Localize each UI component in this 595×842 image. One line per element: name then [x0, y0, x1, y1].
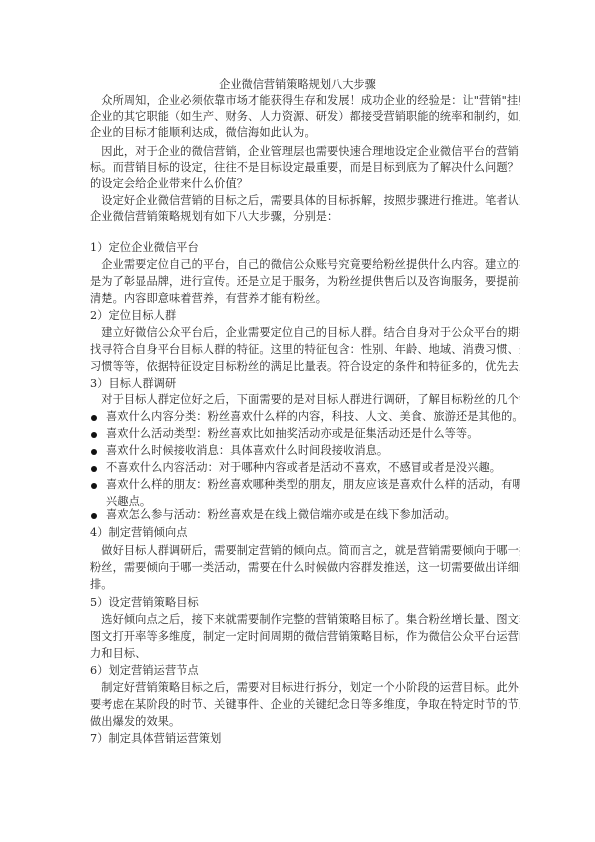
section-1-line: 企业需要定位自己的平台，自己的微信公众账号究竟要给粉丝提供什么内容。建立的初衷: [90, 258, 520, 272]
section-4-line: 粉丝，需要倾向于哪一类活动，需要在什么时候做内容群发推送，这一切需要做出详细的安: [90, 561, 520, 575]
bullet-item-cont: 兴趣点。: [106, 495, 520, 509]
section-3-line: 对于目标人群定位好之后，下面需要的是对目标人群进行调研，了解目标粉丝的几个需求：: [90, 393, 520, 407]
intro-line: 标。而营销目标的设定，往往不是目标设定最重要，而是目标到底为了解决什么问题？目标: [90, 161, 520, 175]
intro-line: 因此，对于企业的微信营销，企业管理层也需要快速合理地设定企业微信平台的营销目: [90, 145, 520, 159]
section-2-line: 习惯等等，依据特征设定目标粉丝的满足比量表。符合设定的条件和特征多的，优先去发展…: [90, 360, 520, 374]
section-1-line: 清楚。内容即意味着营养，有营养才能有粉丝。: [90, 292, 520, 306]
section-4-line: 排。: [90, 578, 520, 592]
section-4-line: 做好目标人群调研后，需要制定营销的倾向点。简而言之，就是营销需要倾向于哪一类: [90, 544, 520, 558]
section-6-line: 做出爆发的效果。: [90, 715, 520, 729]
section-heading-1: 1）定位企业微信平台: [90, 241, 520, 255]
section-6-line: 要考虑在某阶段的时节、关键事件、企业的关键纪念日等多维度，争取在特定时节的节点上…: [90, 698, 520, 712]
document-page: 企业微信营销策略规划八大步骤 众所周知，企业必须依靠市场才能获得生存和发展！成功…: [0, 0, 595, 842]
intro-line: 企业的目标才能顺利达成，微信海如此认为。: [90, 126, 520, 140]
section-heading-3: 3）目标人群调研: [90, 377, 520, 391]
section-5-line: 力和目标、: [90, 647, 520, 661]
intro-line: 的设定会给企业带来什么价值？: [90, 177, 520, 191]
bullet-item: 喜欢什么活动类型：粉丝喜欢比如抽奖活动亦或是征集活动还是什么等等。: [106, 427, 520, 441]
section-heading-5: 5）设定营销策略目标: [90, 596, 520, 610]
bullet-item: 喜欢什么时候接收消息：具体喜欢什么时间段接收消息。: [106, 444, 520, 458]
document-title: 企业微信营销策略规划八大步骤: [0, 78, 595, 92]
section-5-line: 选好倾向点之后，接下来就需要制作完整的营销策略目标了。集合粉丝增长量、图文转发、: [90, 613, 520, 627]
intro-line: 众所周知，企业必须依靠市场才能获得生存和发展！成功企业的经验是：让"营销"挂帅，: [90, 94, 520, 108]
section-2-line: 建立好微信公众平台后，企业需要定位自己的目标人群。结合自身对于公众平台的期待，: [90, 326, 520, 340]
bullet-icon: [91, 466, 97, 472]
section-heading-7: 7）制定具体营销运营策划: [90, 732, 520, 746]
section-heading-2: 2）定位目标人群: [90, 309, 520, 323]
section-heading-6: 6）划定营销运营节点: [90, 664, 520, 678]
bullet-icon: [91, 415, 97, 421]
bullet-icon: [91, 483, 97, 489]
bullet-item: 喜欢怎么参与活动：粉丝喜欢是在线上微信端亦或是在线下参加活动。: [106, 508, 520, 522]
section-6-line: 制定好营销策略目标之后，需要对目标进行拆分，划定一个小阶段的运营目标。此外，需: [90, 681, 520, 695]
bullet-icon: [91, 449, 97, 455]
intro-line: 企业微信营销策略规划有如下八大步骤，分别是：: [90, 210, 520, 224]
bullet-item: 不喜欢什么内容活动：对于哪种内容或者是活动不喜欢，不感冒或者是没兴趣。: [106, 461, 520, 475]
bullet-icon: [91, 432, 97, 438]
bullet-item: 喜欢什么内容分类：粉丝喜欢什么样的内容，科技、人文、美食、旅游还是其他的。: [106, 410, 520, 424]
intro-line: 企业的其它职能（如生产、财务、人力资源、研发）都接受营销职能的统率和制约，如此，: [90, 110, 520, 124]
bullet-item: 喜欢什么样的朋友：粉丝喜欢哪种类型的朋友，朋友应该是喜欢什么样的活动，有哪些: [106, 478, 520, 492]
intro-line: 设定好企业微信营销的目标之后，需要具体的目标拆解，按照步骤进行推进。笔者认为，: [90, 194, 520, 208]
section-5-line: 图文打开率等多维度，制定一定时间周期的微信营销策略目标，作为微信公众平台运营的动: [90, 630, 520, 644]
section-2-line: 找寻符合自身平台目标人群的特征。这里的特征包含：性别、年龄、地域、消费习惯、生活: [90, 343, 520, 357]
section-heading-4: 4）制定营销倾向点: [90, 526, 520, 540]
bullet-icon: [91, 513, 97, 519]
section-1-line: 是为了彰显品牌，进行宣传。还是立足于服务，为粉丝提供售后以及咨询服务，要提前考虑: [90, 275, 520, 289]
